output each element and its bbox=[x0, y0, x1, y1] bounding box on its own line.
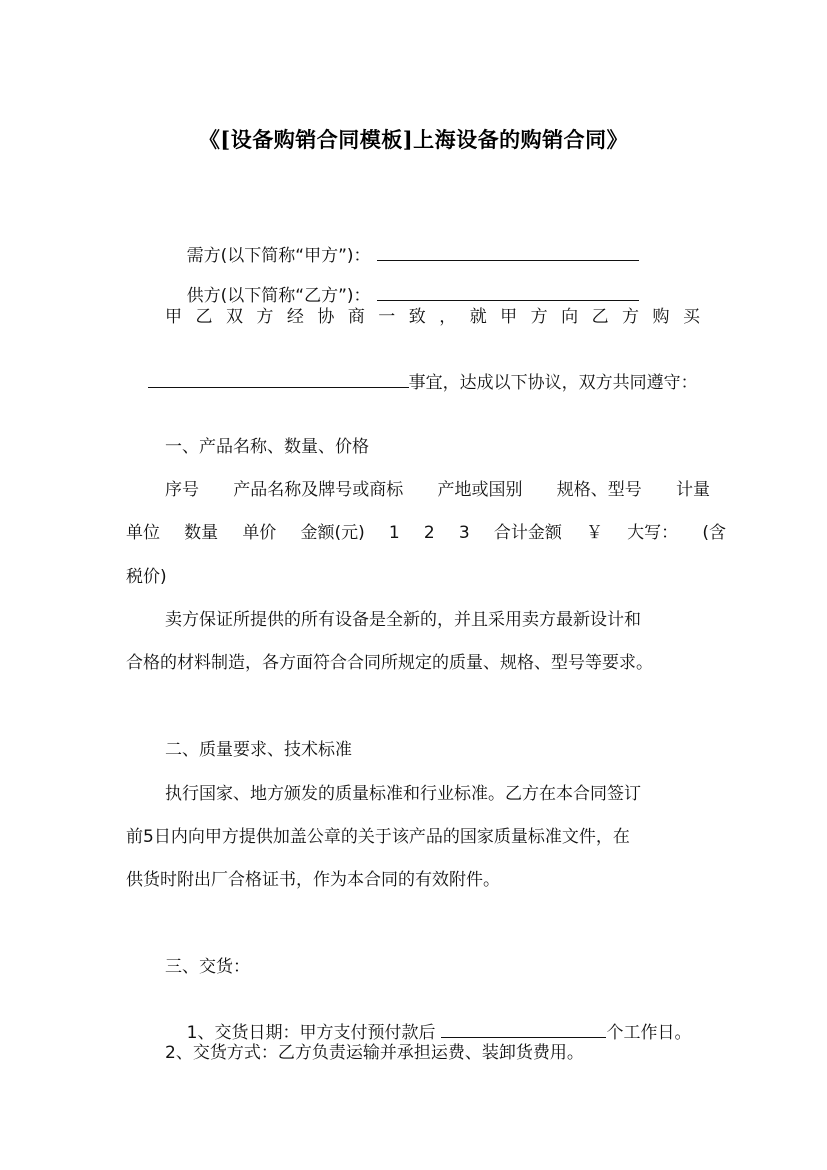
section-1-heading: 一、产品名称、数量、价格 bbox=[165, 436, 369, 458]
seller-name-blank[interactable] bbox=[377, 284, 639, 301]
section-2-para-line-1: 执行国家、地方颁发的质量标准和行业标准。乙方在本合同签订 bbox=[165, 783, 641, 805]
preamble-char: 方 bbox=[622, 306, 639, 328]
preamble-char: 乙 bbox=[592, 306, 609, 328]
preamble-char: 就 bbox=[470, 306, 487, 328]
delivery-method-line: 2、交货方式：乙方负责运输并承担运费、装卸货费用。 bbox=[165, 1042, 584, 1064]
section-2-heading: 二、质量要求、技术标准 bbox=[165, 739, 352, 761]
preamble-text: 事宜，达成以下协议，双方共同遵守： bbox=[409, 373, 698, 393]
document-page: 《[设备购销合同模板]上海设备的购销合同》 需方(以下简称“甲方”)： 供方(以… bbox=[0, 0, 827, 1170]
col-header: 数量 bbox=[184, 522, 218, 544]
preamble-char: ， bbox=[439, 306, 456, 328]
preamble-char: 方 bbox=[256, 306, 273, 328]
col-header: 合计金额 bbox=[494, 522, 562, 544]
section-2-para-line-3: 供货时附出厂合格证书，作为本合同的有效附件。 bbox=[126, 869, 500, 891]
col-header: 大写： bbox=[627, 522, 678, 544]
col-header: 金额(元) bbox=[300, 522, 364, 544]
delivery-date-prefix: 1、交货日期：甲方支付预付款后 bbox=[187, 1023, 436, 1043]
col-header: 2 bbox=[424, 522, 435, 544]
col-header: 计量 bbox=[676, 479, 710, 501]
section-1-para-line-2: 合格的材料制造，各方面符合合同所规定的质量、规格、型号等要求。 bbox=[126, 652, 653, 674]
preamble-char: 甲 bbox=[165, 306, 182, 328]
col-header: (含 bbox=[702, 522, 726, 544]
preamble-char: 方 bbox=[531, 306, 548, 328]
section-1-para-line-1: 卖方保证所提供的所有设备是全新的，并且采用卖方最新设计和 bbox=[165, 609, 641, 631]
working-days-blank[interactable] bbox=[441, 1021, 606, 1038]
preamble-char: 协 bbox=[317, 306, 334, 328]
preamble-char: 向 bbox=[561, 306, 578, 328]
table-header-line-3: 税价) bbox=[126, 566, 167, 588]
col-header: 1 bbox=[389, 522, 400, 544]
preamble-line-2: 事宜，达成以下协议，双方共同遵守： bbox=[126, 349, 698, 416]
col-header: 单价 bbox=[242, 522, 276, 544]
preamble-char: 一 bbox=[378, 306, 395, 328]
section-3-heading: 三、交货： bbox=[165, 956, 250, 978]
buyer-name-blank[interactable] bbox=[377, 244, 639, 261]
col-header: 单位 bbox=[126, 522, 160, 544]
preamble-char: 甲 bbox=[500, 306, 517, 328]
delivery-date-suffix: 个工作日。 bbox=[606, 1023, 691, 1043]
purchase-item-blank[interactable] bbox=[148, 371, 409, 388]
yuan-symbol: ￥ bbox=[586, 522, 603, 544]
preamble-char: 商 bbox=[348, 306, 365, 328]
preamble-char: 致 bbox=[409, 306, 426, 328]
col-header: 产地或国别 bbox=[438, 479, 523, 501]
preamble-char: 双 bbox=[226, 306, 243, 328]
col-header: 产品名称及牌号或商标 bbox=[233, 479, 403, 501]
col-header: 3 bbox=[459, 522, 470, 544]
preamble-char: 购 bbox=[653, 306, 670, 328]
preamble-char: 经 bbox=[287, 306, 304, 328]
col-header: 序号 bbox=[165, 479, 199, 501]
col-header: 规格、型号 bbox=[557, 479, 642, 501]
preamble-line-1: 甲 乙 双 方 经 协 商 一 致 ， 就 甲 方 向 乙 方 购 买 bbox=[165, 306, 700, 328]
preamble-char: 买 bbox=[683, 306, 700, 328]
document-title: 《[设备购销合同模板]上海设备的购销合同》 bbox=[0, 124, 827, 154]
section-2-para-line-2: 前5日内向甲方提供加盖公章的关于该产品的国家质量标准文件，在 bbox=[126, 826, 630, 848]
table-header-line-1: 序号 产品名称及牌号或商标 产地或国别 规格、型号 计量 bbox=[165, 479, 710, 501]
seller-label: 供方(以下简称“乙方”)： bbox=[187, 286, 371, 306]
preamble-char: 乙 bbox=[195, 306, 212, 328]
table-header-line-2: 单位 数量 单价 金额(元) 1 2 3 合计金额 ￥ 大写： (含 bbox=[126, 522, 726, 544]
